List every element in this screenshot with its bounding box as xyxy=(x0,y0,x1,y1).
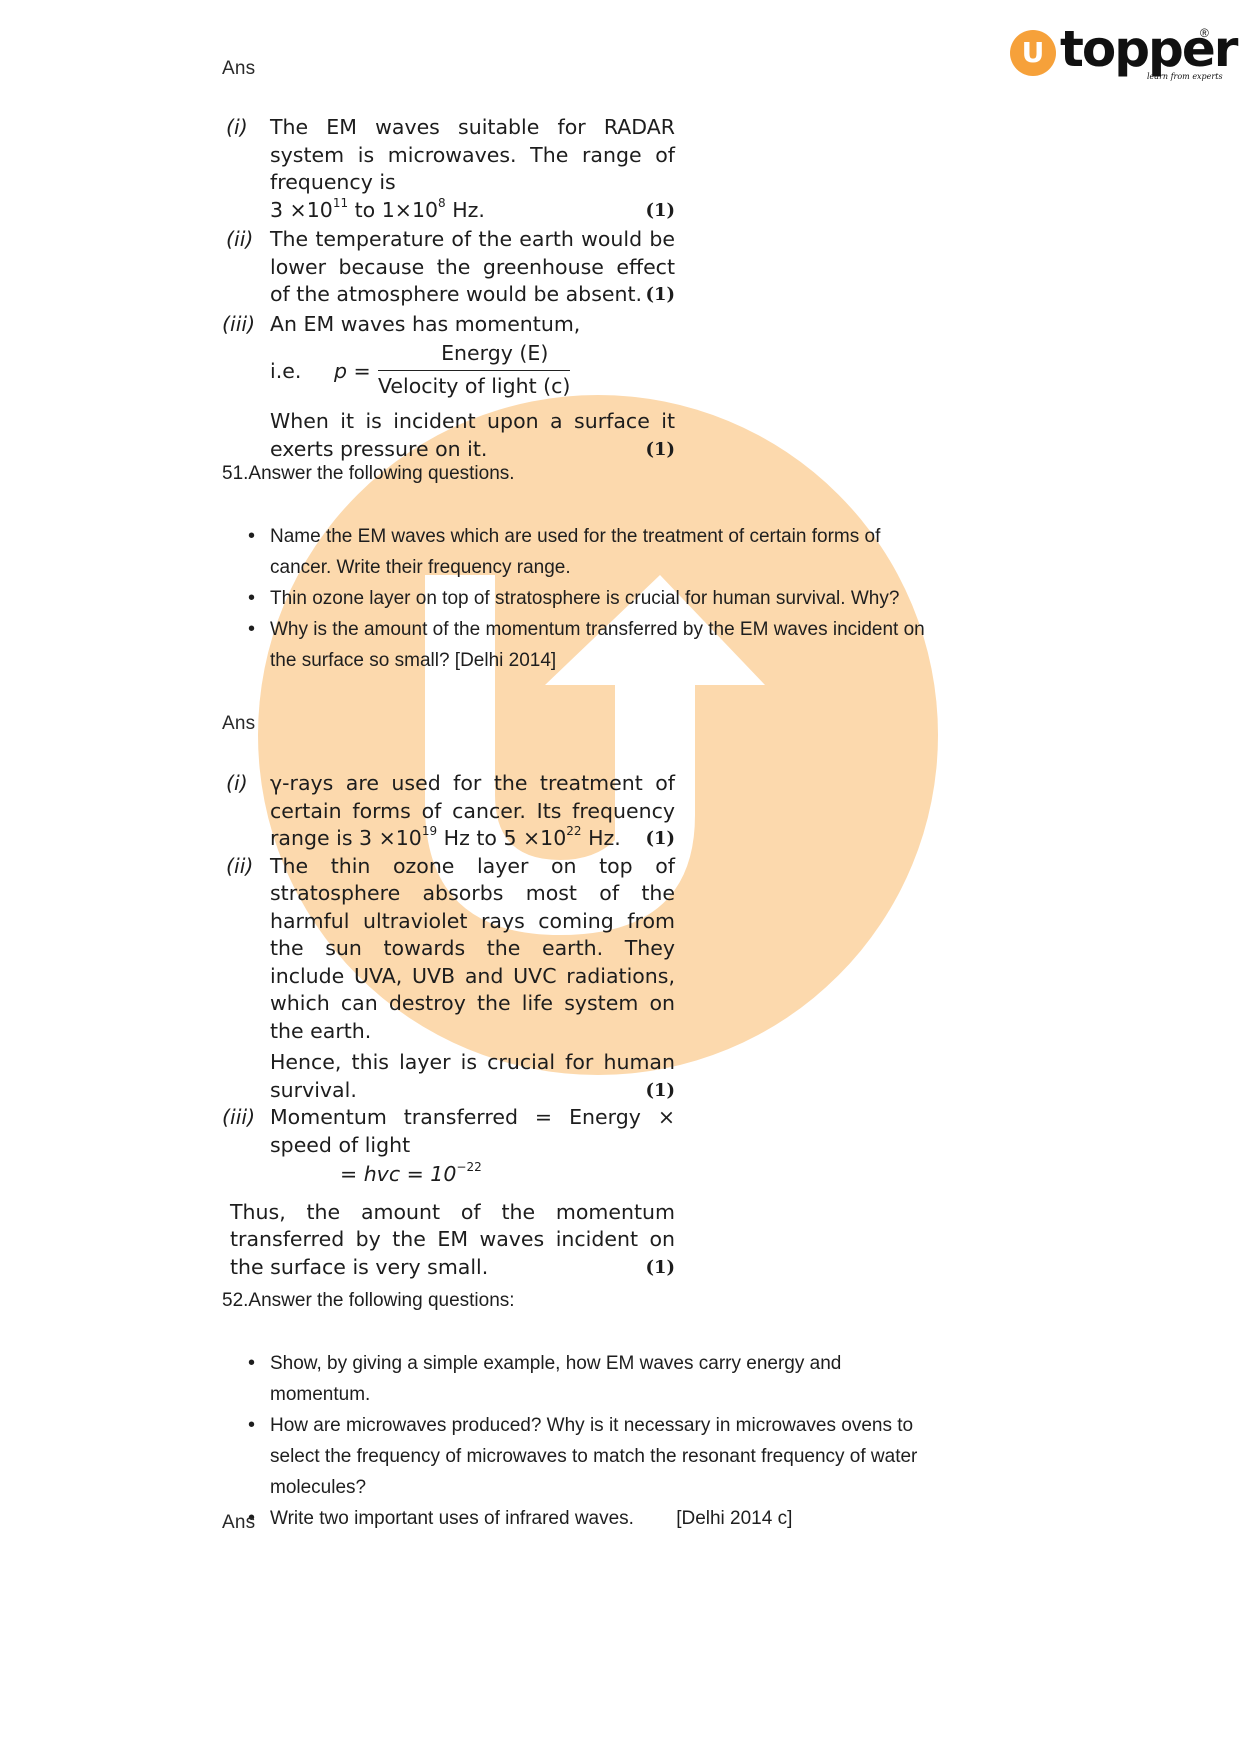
question-52-heading: 52.Answer the following questions: xyxy=(222,1290,515,1312)
answer-item-iii: (iii) Momentum transferred = Energy × sp… xyxy=(230,1104,675,1189)
answer-item-i: (i) The EM waves suitable for RADAR syst… xyxy=(230,114,675,224)
marks-badge: (1) xyxy=(645,1254,675,1282)
question-52-list: Show, by giving a simple example, how EM… xyxy=(248,1348,938,1534)
list-item: Name the EM waves which are used for the… xyxy=(248,521,938,583)
logo-wordmark: topper xyxy=(1060,20,1236,78)
answer-conclusion: Thus, the amount of the momentum transfe… xyxy=(230,1199,675,1282)
registered-mark: ® xyxy=(1200,26,1209,40)
list-item: Why is the amount of the momentum transf… xyxy=(248,614,938,676)
answer-item-ii: (ii) The temperature of the earth would … xyxy=(230,226,675,309)
marks-badge: (1) xyxy=(645,1077,675,1105)
list-item: How are microwaves produced? Why is it n… xyxy=(248,1410,938,1503)
answer-item-ii: (ii) The thin ozone layer on top of stra… xyxy=(230,853,675,1105)
list-item: Show, by giving a simple example, how EM… xyxy=(248,1348,938,1410)
marks-badge: (1) xyxy=(645,825,675,853)
answer-item-i: (i) γ-rays are used for the treatment of… xyxy=(230,770,675,853)
answer-50-block: (i) The EM waves suitable for RADAR syst… xyxy=(230,114,675,463)
answer-label: Ans xyxy=(222,58,255,80)
marks-badge: (1) xyxy=(645,197,675,225)
logo-u-icon: U xyxy=(1010,30,1056,76)
marks-badge: (1) xyxy=(645,436,675,464)
list-item: Write two important uses of infrared wav… xyxy=(248,1503,938,1534)
momentum-equation: = hvc = 10−22 xyxy=(270,1161,675,1189)
answer-item-iii: (iii) An EM waves has momentum, i.e. p =… xyxy=(230,311,675,464)
question-51-heading: 51.Answer the following questions. xyxy=(222,463,515,485)
topper-logo: U topper ® learn from experts xyxy=(1010,26,1210,86)
logo-tagline: learn from experts xyxy=(1147,72,1223,81)
momentum-formula: i.e. p = Energy (E) Velocity of light (c… xyxy=(270,340,675,402)
question-51-list: Name the EM waves which are used for the… xyxy=(248,521,938,676)
answer-label: Ans xyxy=(222,1512,255,1534)
answer-51-block: (i) γ-rays are used for the treatment of… xyxy=(230,770,675,1281)
list-item: Thin ozone layer on top of stratosphere … xyxy=(248,583,938,614)
answer-label: Ans xyxy=(222,713,255,735)
marks-badge: (1) xyxy=(645,281,675,309)
